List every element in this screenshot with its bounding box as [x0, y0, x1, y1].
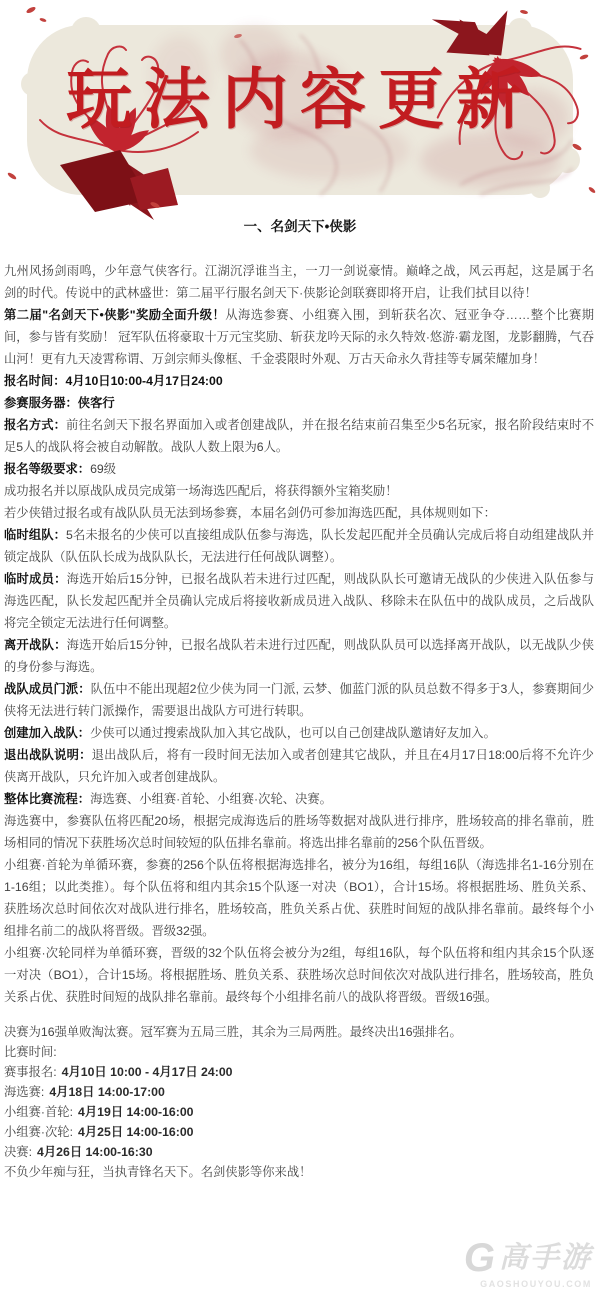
rule-label: 创建加入战队： [4, 726, 90, 740]
rule-paragraph-flow: 整体比赛流程：海选赛、小组赛·首轮、小组赛·次轮、决赛。 [4, 788, 594, 810]
signup-method: 报名方式：前往名剑天下报名界面加入或者创建战队，并在报名结束前召集至少5名玩家，… [4, 414, 594, 458]
rule-text: 海选赛、小组赛·首轮、小组赛·次轮、决赛。 [90, 792, 332, 806]
schedule-item: 海选赛:4月18日 14:00-17:00 [4, 1082, 594, 1102]
watermark-site-text: GAOSHOUYOU.COM [464, 1279, 592, 1289]
watermark-logo: G高手游 GAOSHOUYOU.COM [464, 1238, 592, 1289]
banner-title: 玩法内容更新 [0, 66, 600, 132]
signup-info-block: 报名时间：4月10日10:00-4月17日24:00 参赛服务器：侠客行 报名方… [4, 370, 594, 502]
rule-paragraph-create-join: 创建加入战队：少侠可以通过搜索战队加入其它战队，也可以自己创建战队邀请好友加入。 [4, 722, 594, 744]
finals-note: 决赛为16强单败淘汰赛。冠军赛为五局三胜，其余为三局两胜。最终决出16强排名。 [4, 1022, 594, 1042]
article-body: 九州风扬剑雨鸣，少年意气侠客行。江湖沉浮谁当主，一刀一剑说豪情。巅峰之战，风云再… [0, 235, 600, 1182]
rule-paragraph-quit-team: 退出战队说明：退出战队后，将有一段时间无法加入或者创建其它战队，并且在4月17日… [4, 744, 594, 788]
rule-text: 海选开始后15分钟，已报名战队若未进行过匹配，则战队队长可邀请无战队的少侠进入队… [4, 572, 594, 630]
schedule-item-label: 决赛: [4, 1145, 32, 1159]
stage-paragraph-qualifier: 海选赛中，参赛队伍将匹配20场，根据完成海选后的胜场等数据对战队进行排序，胜场较… [4, 810, 594, 854]
rule-label: 临时成员： [4, 572, 67, 586]
schedule-item-value: 4月18日 14:00-17:00 [49, 1085, 165, 1099]
rule-text: 海选开始后15分钟，已报名战队若未进行过匹配，则战队队员可以选择离开战队，以无战… [4, 638, 594, 674]
schedule-item-label: 海选赛: [4, 1085, 44, 1099]
watermark-g-icon: G [464, 1236, 497, 1280]
paragraph-intro: 九州风扬剑雨鸣，少年意气侠客行。江湖沉浮谁当主，一刀一剑说豪情。巅峰之战，风云再… [4, 260, 594, 304]
rule-text: 少侠可以通过搜索战队加入其它战队，也可以自己创建战队邀请好友加入。 [90, 726, 496, 740]
signup-level: 报名等级要求：69级 [4, 458, 594, 480]
schedule-item-value: 4月25日 14:00-16:00 [78, 1125, 194, 1139]
schedule-section: 决赛为16强单败淘汰赛。冠军赛为五局三胜，其余为三局两胜。最终决出16强排名。 … [4, 1022, 594, 1182]
banner: 玩法内容更新 [0, 0, 600, 198]
signup-bonus: 成功报名并以原战队成员完成第一场海选匹配后，将获得额外宝箱奖励！ [4, 480, 594, 502]
rule-paragraph-temp-member: 临时成员：海选开始后15分钟，已报名战队若未进行过匹配，则战队队长可邀请无战队的… [4, 568, 594, 634]
schedule-item-value: 4月26日 14:00-16:30 [37, 1145, 153, 1159]
paragraph-missed-note: 若少侠错过报名或有战队队员无法到场参赛，本届名剑仍可参加海选匹配，具体规则如下： [4, 502, 594, 524]
signup-time: 报名时间：4月10日10:00-4月17日24:00 [4, 370, 594, 392]
schedule-item: 决赛:4月26日 14:00-16:30 [4, 1142, 594, 1162]
schedule-item: 小组赛·次轮:4月25日 14:00-16:00 [4, 1122, 594, 1142]
schedule-item: 小组赛·首轮:4月19日 14:00-16:00 [4, 1102, 594, 1122]
schedule-item-value: 4月19日 14:00-16:00 [78, 1105, 194, 1119]
rule-paragraph-leave-team: 离开战队：海选开始后15分钟，已报名战队若未进行过匹配，则战队队员可以选择离开战… [4, 634, 594, 678]
rule-paragraph-temp-team: 临时组队：5名未报名的少侠可以直接组成队伍参与海选，队长发起匹配并全员确认完成后… [4, 524, 594, 568]
schedule-item-label: 小组赛·首轮: [4, 1105, 73, 1119]
signup-method-label: 报名方式： [4, 418, 66, 432]
schedule-item-value: 4月10日 10:00 - 4月17日 24:00 [62, 1065, 233, 1079]
closing-line: 不负少年痴与狂，当执青锋名天下。名剑侠影等你来战！ [4, 1162, 594, 1182]
article-page: 玩法内容更新 一、名剑天下•侠影 九州风扬剑雨鸣，少年意气侠客行。江湖沉浮谁当主… [0, 0, 600, 1297]
schedule-item-label: 赛事报名: [4, 1065, 57, 1079]
rule-text: 退出战队后，将有一段时间无法加入或者创建其它战队，并且在4月17日18:00后将… [4, 748, 594, 784]
rule-label: 退出战队说明： [4, 748, 92, 762]
rule-label: 离开战队： [4, 638, 67, 652]
schedule-item-label: 小组赛·次轮: [4, 1125, 73, 1139]
watermark-name: 高手游 [499, 1242, 592, 1274]
stage-paragraph-group-round1: 小组赛·首轮为单循环赛，参赛的256个队伍将根据海选排名，被分为16组，每组16… [4, 854, 594, 942]
signup-level-label: 报名等级要求： [4, 462, 90, 476]
stage-paragraph-group-round2: 小组赛·次轮同样为单循环赛，晋级的32个队伍将会被分为2组，每组16队，每个队伍… [4, 942, 594, 1008]
rule-text: 5名未报名的少侠可以直接组成队伍参与海选，队长发起匹配并全员确认完成后将自动组建… [4, 528, 594, 564]
rule-label: 整体比赛流程： [4, 792, 90, 806]
schedule-title: 比赛时间: [4, 1042, 594, 1062]
signup-server: 参赛服务器：侠客行 [4, 392, 594, 414]
watermark-row: G高手游 [464, 1238, 592, 1278]
rule-paragraph-sect-limit: 战队成员门派：队伍中不能出现超2位少侠为同一门派, 云梦、伽蓝门派的队员总数不得… [4, 678, 594, 722]
signup-method-text: 前往名剑天下报名界面加入或者创建战队，并在报名结束前召集至少5名玩家，报名阶段结… [4, 418, 594, 454]
signup-level-text: 69级 [90, 462, 116, 476]
rule-text: 队伍中不能出现超2位少侠为同一门派, 云梦、伽蓝门派的队员总数不得多于3人，参赛… [4, 682, 594, 718]
rule-label: 战队成员门派： [4, 682, 91, 696]
rule-label: 临时组队： [4, 528, 66, 542]
paragraph-upgrade: 第二届"名剑天下•侠影"奖励全面升级！从海选参赛、小组赛入围，到斩获名次、冠亚争… [4, 304, 594, 370]
schedule-item: 赛事报名:4月10日 10:00 - 4月17日 24:00 [4, 1062, 594, 1082]
upgrade-lead: 第二届"名剑天下•侠影"奖励全面升级！ [4, 308, 225, 322]
